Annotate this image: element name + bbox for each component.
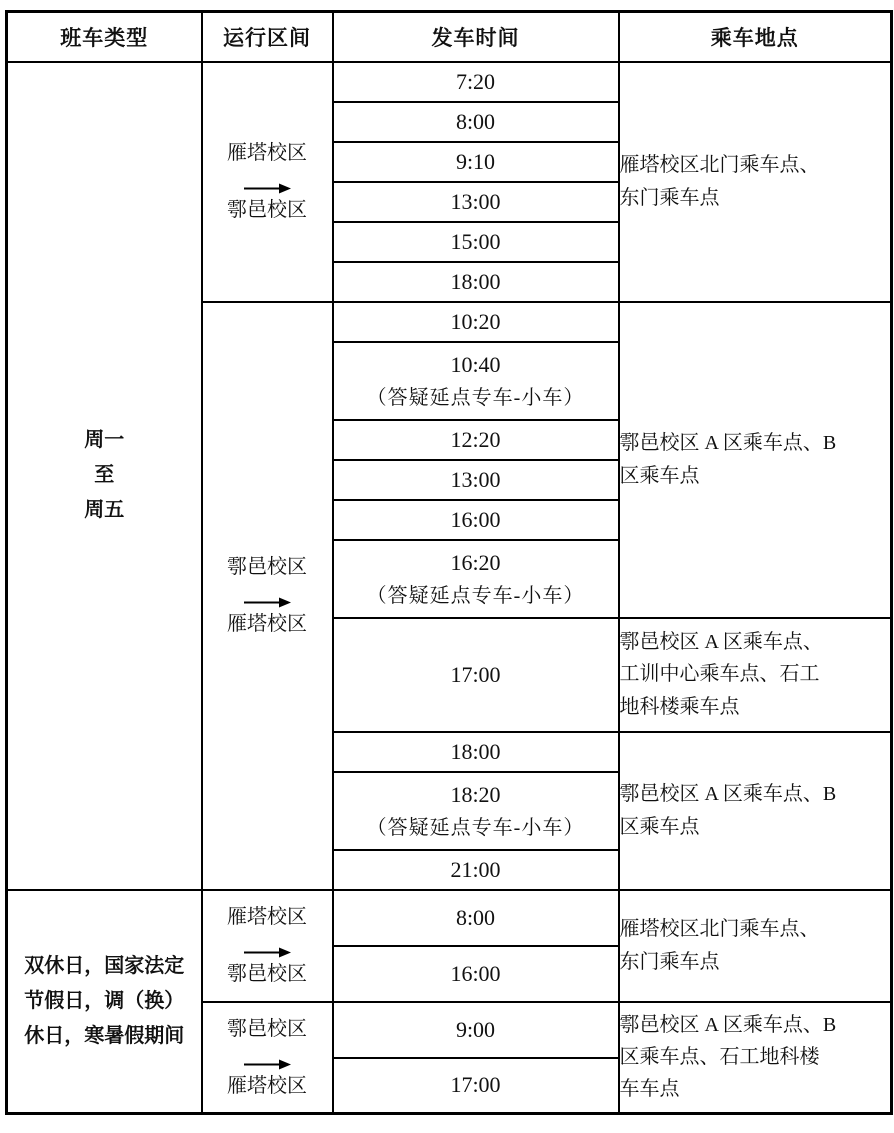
route-to-label: 鄠邑校区 bbox=[203, 196, 332, 224]
table-row: 双休日，国家法定 节假日，调（换） 休日，寒暑假期间 雁塔校区 鄠邑校区 8:0… bbox=[7, 890, 892, 946]
location-cell: 雁塔校区北门乘车点、 东门乘车点 bbox=[619, 890, 892, 1002]
route-cell-huyi-to-yanta-weekend: 鄠邑校区 雁塔校区 bbox=[202, 1002, 333, 1114]
departure-time: 10:40 bbox=[334, 352, 618, 378]
location-cell: 鄠邑校区 A 区乘车点、B 区乘车点 bbox=[619, 732, 892, 890]
route-from-label: 雁塔校区 bbox=[203, 903, 332, 931]
route-to-label: 鄠邑校区 bbox=[203, 960, 332, 988]
departure-time-cell: 15:00 bbox=[333, 222, 619, 262]
route-to-label: 雁塔校区 bbox=[203, 1072, 332, 1100]
departure-time-cell: 12:20 bbox=[333, 420, 619, 460]
header-row: 班车类型 运行区间 发车时间 乘车地点 bbox=[7, 12, 892, 62]
departure-time-cell: 17:00 bbox=[333, 618, 619, 732]
schedule-page: 班车类型 运行区间 发车时间 乘车地点 周一 至 周五 雁塔校区 鄠邑校区 7:… bbox=[0, 0, 894, 1133]
departure-time-cell: 8:00 bbox=[333, 102, 619, 142]
departure-time-cell: 10:40 （答疑延点专车-小车） bbox=[333, 342, 619, 420]
route-cell-yanta-to-huyi: 雁塔校区 鄠邑校区 bbox=[202, 62, 333, 302]
departure-time-cell: 18:20 （答疑延点专车-小车） bbox=[333, 772, 619, 850]
departure-time-cell: 13:00 bbox=[333, 182, 619, 222]
route-cell-huyi-to-yanta: 鄠邑校区 雁塔校区 bbox=[202, 302, 333, 890]
route-from-label: 鄠邑校区 bbox=[203, 553, 332, 581]
table-row: 周一 至 周五 雁塔校区 鄠邑校区 7:20 雁塔校区北门乘车点、 东门乘车点 bbox=[7, 62, 892, 102]
departure-time-cell: 16:00 bbox=[333, 500, 619, 540]
departure-time-cell: 8:00 bbox=[333, 890, 619, 946]
departure-time-note: （答疑延点专车-小车） bbox=[334, 381, 618, 410]
header-bus-type: 班车类型 bbox=[7, 12, 202, 62]
departure-time-cell: 10:20 bbox=[333, 302, 619, 342]
departure-time: 18:20 bbox=[334, 782, 618, 808]
header-departure-time: 发车时间 bbox=[333, 12, 619, 62]
departure-time-cell: 9:00 bbox=[333, 1002, 619, 1058]
departure-time-cell: 18:00 bbox=[333, 262, 619, 302]
departure-time-cell: 18:00 bbox=[333, 732, 619, 772]
arrow-right-icon bbox=[243, 1051, 291, 1064]
route-from-label: 鄠邑校区 bbox=[203, 1015, 332, 1043]
header-boarding-location: 乘车地点 bbox=[619, 12, 892, 62]
route-cell-yanta-to-huyi-weekend: 雁塔校区 鄠邑校区 bbox=[202, 890, 333, 1002]
location-cell: 雁塔校区北门乘车点、 东门乘车点 bbox=[619, 62, 892, 302]
departure-time-cell: 17:00 bbox=[333, 1058, 619, 1114]
arrow-right-icon bbox=[243, 589, 291, 602]
departure-time-cell: 21:00 bbox=[333, 850, 619, 890]
departure-time: 16:20 bbox=[334, 550, 618, 576]
route-to-label: 雁塔校区 bbox=[203, 610, 332, 638]
location-cell: 鄠邑校区 A 区乘车点、 工训中心乘车点、石工 地科楼乘车点 bbox=[619, 618, 892, 732]
arrow-right-icon bbox=[243, 175, 291, 188]
type-cell-weekday: 周一 至 周五 bbox=[7, 62, 202, 890]
departure-time-note: （答疑延点专车-小车） bbox=[334, 811, 618, 840]
type-cell-weekend: 双休日，国家法定 节假日，调（换） 休日，寒暑假期间 bbox=[7, 890, 202, 1114]
departure-time-cell: 13:00 bbox=[333, 460, 619, 500]
departure-time-cell: 16:20 （答疑延点专车-小车） bbox=[333, 540, 619, 618]
departure-time-cell: 9:10 bbox=[333, 142, 619, 182]
bus-schedule-table: 班车类型 运行区间 发车时间 乘车地点 周一 至 周五 雁塔校区 鄠邑校区 7:… bbox=[5, 10, 893, 1115]
location-cell: 鄠邑校区 A 区乘车点、B 区乘车点 bbox=[619, 302, 892, 618]
location-cell: 鄠邑校区 A 区乘车点、B 区乘车点、石工地科楼 车车点 bbox=[619, 1002, 892, 1114]
route-from-label: 雁塔校区 bbox=[203, 139, 332, 167]
header-route: 运行区间 bbox=[202, 12, 333, 62]
departure-time-cell: 7:20 bbox=[333, 62, 619, 102]
arrow-right-icon bbox=[243, 939, 291, 952]
departure-time-cell: 16:00 bbox=[333, 946, 619, 1002]
departure-time-note: （答疑延点专车-小车） bbox=[334, 579, 618, 608]
